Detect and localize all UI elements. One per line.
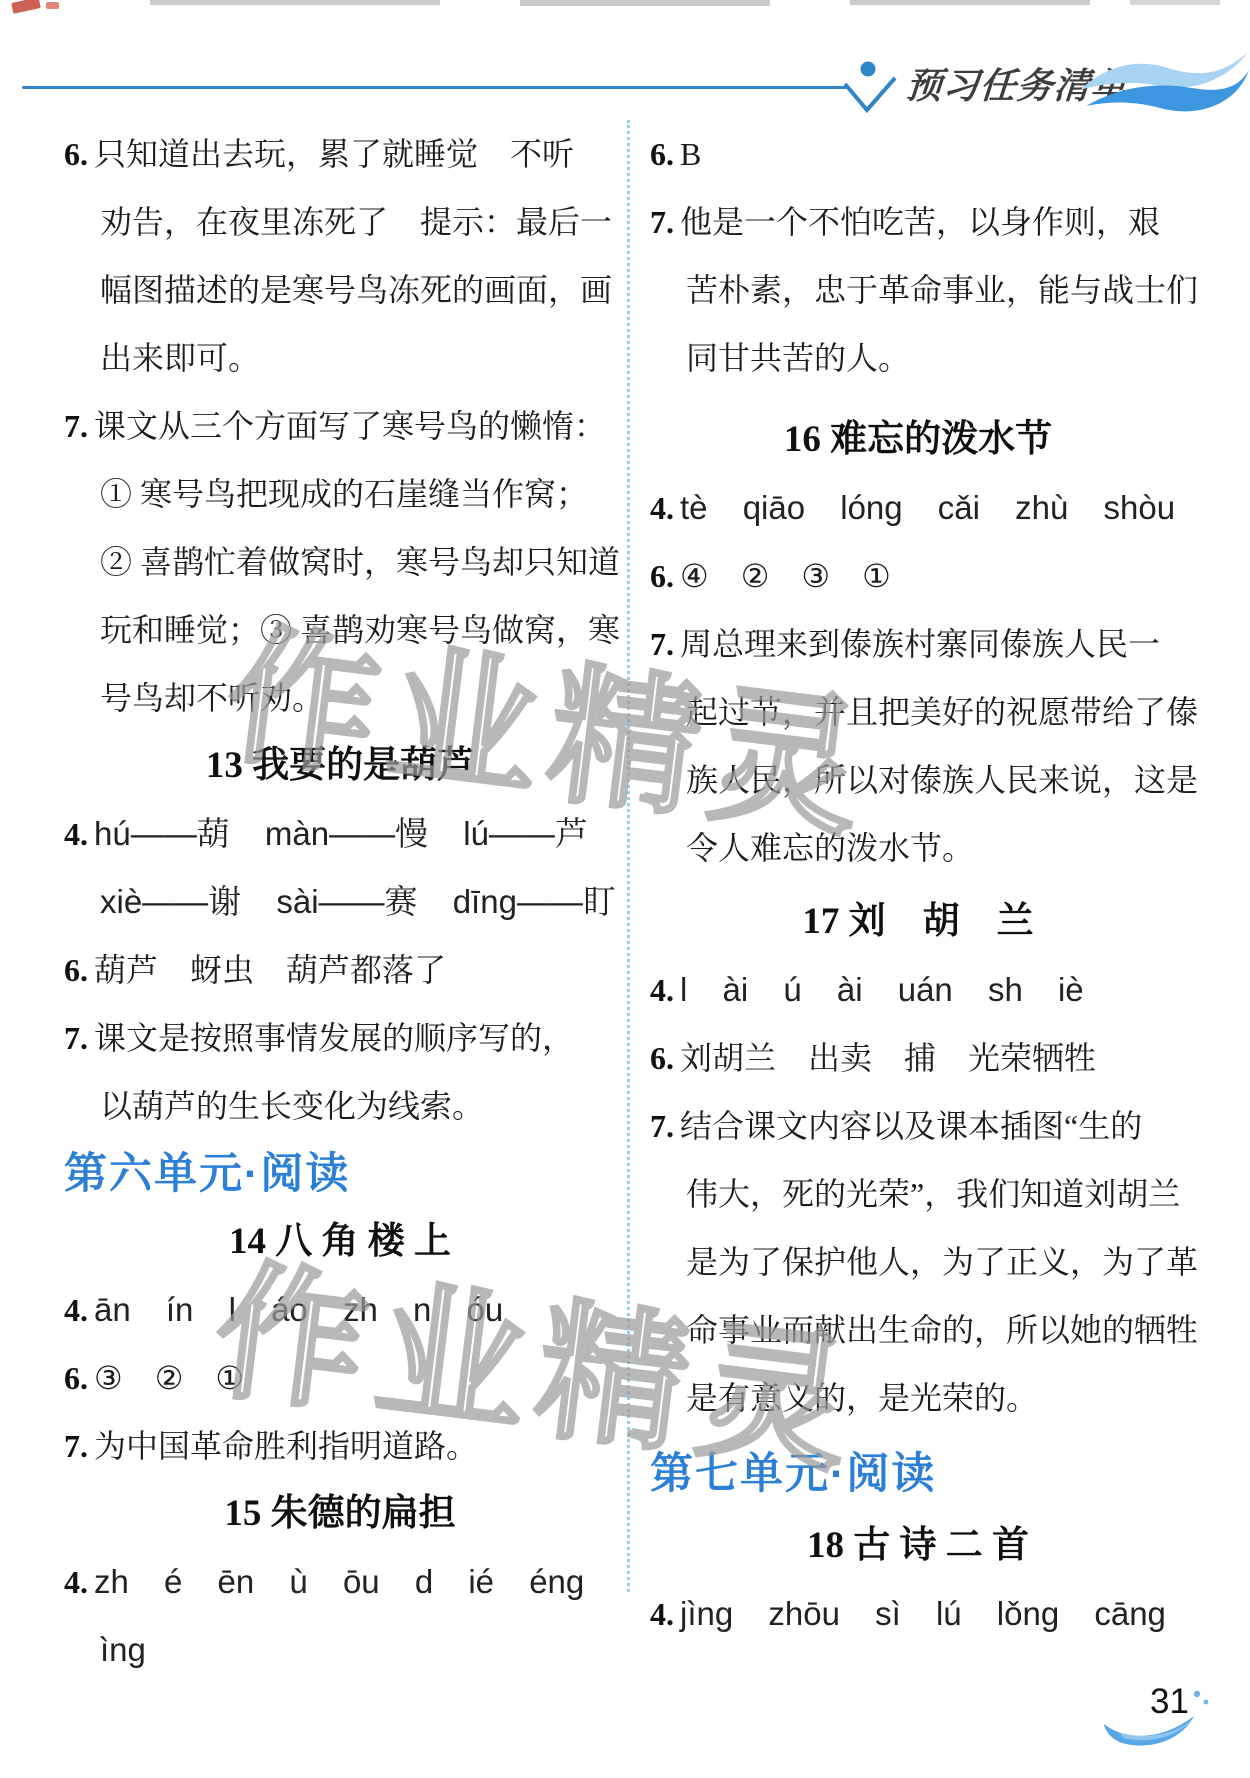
line-text: 14 八 角 楼 上 [229, 1221, 451, 1262]
item-number: 7. [650, 1108, 674, 1144]
answer-line: 幅图描述的是寒号鸟冻死的画面，画 [64, 256, 616, 324]
line-text: 只知道出去玩，累了就睡觉 不听 [94, 136, 574, 172]
line-text: 周总理来到傣族村寨同傣族人民一 [680, 626, 1160, 662]
item-number: 6. [650, 136, 674, 172]
answer-line: 7.周总理来到傣族村寨同傣族人民一 [650, 610, 1186, 678]
line-text: xiè——谢 sài——赛 dīng——盯 [100, 883, 616, 920]
line-text: 葫芦 蚜虫 葫芦都落了 [94, 952, 446, 988]
answer-line: 7.课文从三个方面写了寒号鸟的懒惰： [64, 392, 616, 460]
line-text: 课文从三个方面写了寒号鸟的懒惰： [94, 408, 606, 444]
item-number: 7. [64, 1428, 88, 1464]
left-column: 6.只知道出去玩，累了就睡觉 不听劝告，在夜里冻死了 提示：最后一幅图描述的是寒… [64, 120, 616, 1684]
answer-line: 7.结合课文内容以及课本插图“生的 [650, 1092, 1186, 1160]
line-text: ④ ② ③ ① [680, 558, 891, 594]
line-text: 18 古 诗 二 首 [807, 1525, 1029, 1566]
line-text: 第七单元·阅读 [650, 1450, 936, 1498]
section-heading: 15 朱德的扁担 [64, 1480, 616, 1548]
answer-line: 是有意义的，是光荣的。 [650, 1364, 1186, 1432]
section-heading: 18 古 诗 二 首 [650, 1512, 1186, 1580]
scan-artifact-gray [850, 0, 1090, 5]
scan-artifact-gray [520, 0, 770, 6]
line-text: zh é ēn ù ōu d ié éng [94, 1563, 584, 1600]
answer-line: 命事业而献出生命的，所以她的牺牲 [650, 1296, 1186, 1364]
section-heading: 16 难忘的泼水节 [650, 406, 1186, 474]
item-number: 7. [64, 408, 88, 444]
scan-artifact-gray [1130, 0, 1220, 5]
answer-line: 苦朴素，忠于革命事业，能与战士们 [650, 256, 1186, 324]
checkmark-dot-icon [842, 58, 898, 116]
line-text: B [680, 136, 701, 172]
answer-line: 7.他是一个不怕吃苦，以身作则，艰 [650, 188, 1186, 256]
answer-line: 6.③ ② ① [64, 1344, 616, 1412]
answer-line: 出来即可。 [64, 324, 616, 392]
unit-heading: 第七单元·阅读 [650, 1440, 1186, 1508]
line-text: 课文是按照事情发展的顺序写的， [94, 1020, 574, 1056]
line-text: 出来即可。 [100, 340, 260, 376]
line-text: 命事业而献出生命的，所以她的牺牲 [686, 1312, 1198, 1348]
line-text: 17 刘 胡 兰 [802, 901, 1033, 942]
item-number: 6. [64, 1360, 88, 1396]
answer-line: 6.只知道出去玩，累了就睡觉 不听 [64, 120, 616, 188]
section-heading: 13 我要的是葫芦 [64, 732, 616, 800]
answer-line: ② 喜鹊忙着做窝时，寒号鸟却只知道 [64, 528, 616, 596]
line-text: 以葫芦的生长变化为线索。 [100, 1088, 484, 1124]
item-number: 4. [650, 490, 674, 526]
line-text: ① 寒号鸟把现成的石崖缝当作窝； [100, 476, 588, 512]
line-text: ③ ② ① [94, 1360, 244, 1396]
line-text: 幅图描述的是寒号鸟冻死的画面，画 [100, 272, 612, 308]
item-number: 7. [650, 204, 674, 240]
answer-line: xiè——谢 sài——赛 dīng——盯 [64, 868, 616, 936]
line-text: ìng [100, 1631, 146, 1668]
item-number: 6. [64, 952, 88, 988]
answer-line: 6.④ ② ③ ① [650, 542, 1186, 610]
item-number: 4. [64, 816, 88, 852]
line-text: 苦朴素，忠于革命事业，能与战士们 [686, 272, 1198, 308]
answer-columns: 6.只知道出去玩，累了就睡觉 不听劝告，在夜里冻死了 提示：最后一幅图描述的是寒… [64, 120, 1186, 1684]
line-text: jìng zhōu sì lú lǒng cāng [680, 1595, 1166, 1632]
section-heading: 17 刘 胡 兰 [650, 888, 1186, 956]
answer-line: 劝告，在夜里冻死了 提示：最后一 [64, 188, 616, 256]
answer-line: 7.为中国革命胜利指明道路。 [64, 1412, 616, 1480]
line-text: 为中国革命胜利指明道路。 [94, 1428, 478, 1464]
answer-line: 是为了保护他人，为了正义，为了革 [650, 1228, 1186, 1296]
answer-line: 以葫芦的生长变化为线索。 [64, 1072, 616, 1140]
scan-artifact-red [46, 2, 59, 9]
line-text: 起过节，并且把美好的祝愿带给了傣 [686, 694, 1198, 730]
line-text: 劝告，在夜里冻死了 提示：最后一 [100, 204, 612, 240]
line-text: 族人民，所以对傣族人民来说，这是 [686, 762, 1198, 798]
line-text: 是有意义的，是光荣的。 [686, 1380, 1038, 1416]
line-text: 16 难忘的泼水节 [784, 419, 1052, 460]
answer-line: 6.B [650, 120, 1186, 188]
line-text: ② 喜鹊忙着做窝时，寒号鸟却只知道 [100, 544, 620, 580]
answer-line: 4.l ài ú ài uán sh iè [650, 956, 1186, 1024]
item-number: 7. [64, 1020, 88, 1056]
line-text: 号鸟却不听劝。 [100, 680, 324, 716]
answer-line: ① 寒号鸟把现成的石崖缝当作窝； [64, 460, 616, 528]
item-number: 6. [64, 136, 88, 172]
line-text: 刘胡兰 出卖 捕 光荣牺牲 [680, 1040, 1096, 1076]
answer-line: 6.刘胡兰 出卖 捕 光荣牺牲 [650, 1024, 1186, 1092]
line-text: hú——葫 màn——慢 lú——芦 [94, 815, 588, 852]
answer-line: ìng [64, 1616, 616, 1684]
section-heading: 14 八 角 楼 上 [64, 1208, 616, 1276]
line-text: 15 朱德的扁担 [224, 1493, 455, 1534]
answer-line: 令人难忘的泼水节。 [650, 814, 1186, 882]
answer-line: 玩和睡觉；③ 喜鹊劝寒号鸟做窝，寒 [64, 596, 616, 664]
answer-line: 族人民，所以对傣族人民来说，这是 [650, 746, 1186, 814]
answer-line: 7.课文是按照事情发展的顺序写的， [64, 1004, 616, 1072]
answer-line: 4.ān ín l áo zh n óu [64, 1276, 616, 1344]
line-text: 同甘共苦的人。 [686, 340, 910, 376]
column-divider [627, 120, 630, 1592]
unit-heading: 第六单元·阅读 [64, 1140, 616, 1208]
line-text: 令人难忘的泼水节。 [686, 830, 974, 866]
right-column: 6.B7.他是一个不怕吃苦，以身作则，艰苦朴素，忠于革命事业，能与战士们同甘共苦… [650, 120, 1186, 1684]
answer-line: 4.zh é ēn ù ōu d ié éng [64, 1548, 616, 1616]
answer-line: 伟大，死的光荣”，我们知道刘胡兰 [650, 1160, 1186, 1228]
line-text: ān ín l áo zh n óu [94, 1291, 503, 1328]
answer-line: 同甘共苦的人。 [650, 324, 1186, 392]
line-text: 结合课文内容以及课本插图“生的 [680, 1108, 1142, 1144]
item-number: 4. [64, 1564, 88, 1600]
header-rule-line [22, 86, 850, 89]
line-text: 第六单元·阅读 [64, 1150, 350, 1198]
answer-line: 4.hú——葫 màn——慢 lú——芦 [64, 800, 616, 868]
line-text: 他是一个不怕吃苦，以身作则，艰 [680, 204, 1160, 240]
answer-line: 号鸟却不听劝。 [64, 664, 616, 732]
answer-line: 4.tè qiāo lóng cǎi zhù shòu [650, 474, 1186, 542]
scan-artifact-red [11, 0, 41, 14]
scan-artifact-gray [150, 0, 440, 5]
item-number: 4. [650, 972, 674, 1008]
item-number: 6. [650, 558, 674, 594]
line-text: l ài ú ài uán sh iè [680, 971, 1084, 1008]
item-number: 4. [64, 1292, 88, 1328]
answer-line: 6.葫芦 蚜虫 葫芦都落了 [64, 936, 616, 1004]
page-number: 31 [1150, 1682, 1189, 1722]
wave-icon [1078, 44, 1250, 122]
line-text: 伟大，死的光荣”，我们知道刘胡兰 [686, 1176, 1180, 1212]
answer-line: 起过节，并且把美好的祝愿带给了傣 [650, 678, 1186, 746]
line-text: 13 我要的是葫芦 [206, 745, 474, 786]
item-number: 7. [650, 626, 674, 662]
line-text: 是为了保护他人，为了正义，为了革 [686, 1244, 1198, 1280]
line-text: 玩和睡觉；③ 喜鹊劝寒号鸟做窝，寒 [100, 612, 620, 648]
item-number: 4. [650, 1596, 674, 1632]
answer-line: 4.jìng zhōu sì lú lǒng cāng [650, 1580, 1186, 1648]
line-text: tè qiāo lóng cǎi zhù shòu [680, 489, 1175, 526]
item-number: 6. [650, 1040, 674, 1076]
